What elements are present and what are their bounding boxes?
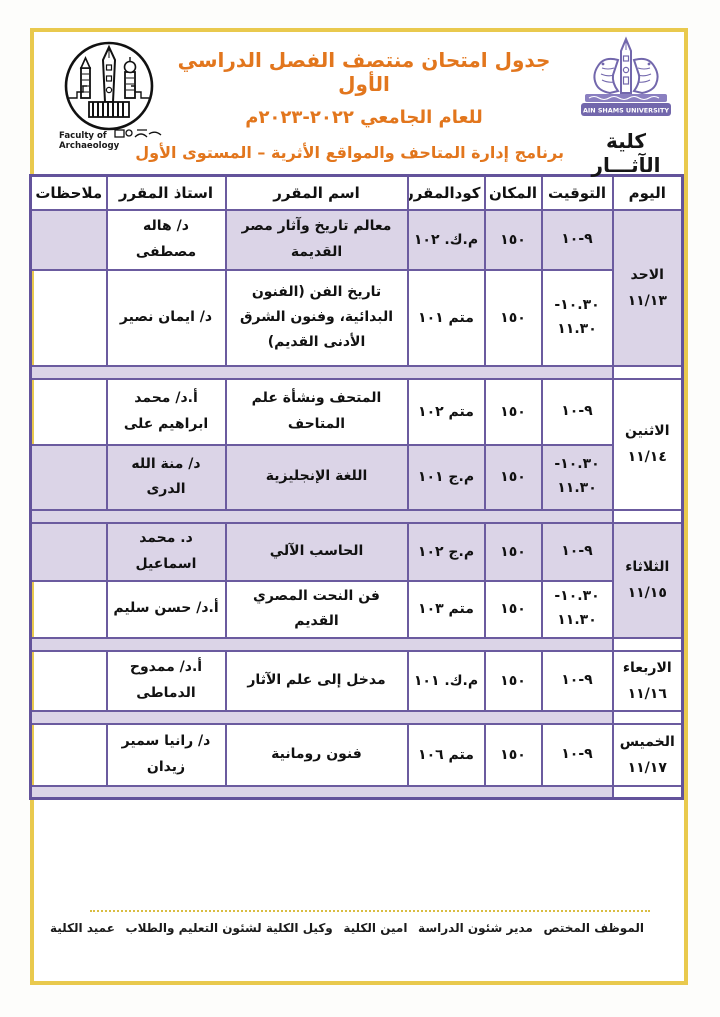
table-row: الاربعاء١١/١٦٩-١٠١٥٠م.ك. ١٠١مدخل إلى علم…	[31, 651, 683, 711]
notes-cell	[31, 379, 107, 445]
notes-cell	[31, 651, 107, 711]
program-level: برنامج إدارة المتاحف والمواقع الأثرية – …	[164, 143, 564, 162]
place-cell: ١٥٠	[485, 270, 542, 366]
code-cell: م.ك. ١٠١	[408, 651, 485, 711]
place-cell: ١٥٠	[485, 523, 542, 581]
notes-cell	[31, 210, 107, 270]
code-cell: م.ج ١٠٢	[408, 523, 485, 581]
column-header-time: التوقيت	[542, 176, 613, 210]
exam-schedule-table: اليومالتوقيتالمكانكودالمقرراسم المقرراست…	[29, 174, 684, 800]
code-cell: متم ١٠١	[408, 270, 485, 366]
signature-label: الموظف المختص	[543, 921, 644, 935]
place-cell: ١٥٠	[485, 445, 542, 510]
document-frame: AIN SHAMS UNIVERSITY كلية الآثـــار	[30, 28, 688, 985]
university-banner-text: AIN SHAMS UNIVERSITY	[583, 107, 669, 115]
notes-cell	[31, 523, 107, 581]
signature-label: وكيل الكلية لشئون التعليم والطلاب	[126, 921, 333, 935]
spacer-day-cell	[613, 638, 683, 651]
professor-cell: أ.د/ محمد ابراهيم على	[107, 379, 226, 445]
notes-cell	[31, 724, 107, 786]
time-cell: ٩-١٠	[542, 523, 613, 581]
spacer-day-cell	[613, 711, 683, 724]
spacer-main-cell	[31, 711, 613, 724]
notes-cell	[31, 581, 107, 638]
professor-cell: د/ منة الله الدرى	[107, 445, 226, 510]
spacer-day-cell	[613, 366, 683, 379]
spacer-main-cell	[31, 366, 613, 379]
spacer-row	[31, 510, 683, 523]
time-cell: ٩-١٠	[542, 724, 613, 786]
course-cell: المتحف ونشأة علم المتاحف	[226, 379, 408, 445]
place-cell: ١٥٠	[485, 651, 542, 711]
column-header-day: اليوم	[613, 176, 683, 210]
column-header-code: كودالمقرر	[408, 176, 485, 210]
course-cell: اللغة الإنجليزية	[226, 445, 408, 510]
university-logo-block: AIN SHAMS UNIVERSITY كلية الآثـــار	[570, 36, 682, 177]
signature-label: امين الكلية	[343, 921, 407, 935]
table-row: الخميس١١/١٧٩-١٠١٥٠متم ١٠٦فنون رومانيةد/ …	[31, 724, 683, 786]
column-header-course: اسم المقرر	[226, 176, 408, 210]
code-cell: متم ١٠٦	[408, 724, 485, 786]
spacer-day-cell	[613, 786, 683, 799]
time-cell: ٩-١٠	[542, 210, 613, 270]
day-cell: الاربعاء١١/١٦	[613, 651, 683, 711]
column-header-professor: استاذ المقرر	[107, 176, 226, 210]
place-cell: ١٥٠	[485, 581, 542, 638]
university-logo-icon: AIN SHAMS UNIVERSITY	[574, 36, 678, 124]
course-cell: الحاسب الآلي	[226, 523, 408, 581]
professor-cell: د. محمد اسماعيل	[107, 523, 226, 581]
code-cell: متم ١٠٣	[408, 581, 485, 638]
faculty-name-arabic: كلية الآثـــار	[570, 129, 682, 177]
spacer-main-cell	[31, 638, 613, 651]
course-cell: فن النحت المصري القديم	[226, 581, 408, 638]
spacer-row	[31, 366, 683, 379]
professor-cell: د/ رانيا سمير زيدان	[107, 724, 226, 786]
spacer-row	[31, 638, 683, 651]
place-cell: ١٥٠	[485, 210, 542, 270]
code-cell: متم ١٠٢	[408, 379, 485, 445]
time-cell: ١٠.٣٠- ١١.٣٠	[542, 445, 613, 510]
code-cell: م.ج ١٠١	[408, 445, 485, 510]
column-header-notes: ملاحظات	[31, 176, 107, 210]
title-block: جدول امتحان منتصف الفصل الدراسي الأول لل…	[164, 48, 564, 162]
faculty-logo-icon: Faculty of Archaeology	[51, 38, 167, 154]
professor-cell: أ.د/ حسن سليم	[107, 581, 226, 638]
faculty-caption-line1: Faculty of	[59, 131, 107, 141]
document-footer: الموظف المختصمدير شئون الدراسةامين الكلي…	[34, 910, 684, 935]
signature-label: مدير شئون الدراسة	[418, 921, 533, 935]
time-cell: ٩-١٠	[542, 651, 613, 711]
spacer-main-cell	[31, 510, 613, 523]
professor-cell: أ.د/ ممدوح الدماطى	[107, 651, 226, 711]
table-row: ١٠.٣٠- ١١.٣٠١٥٠م.ج ١٠١اللغة الإنجليزيةد/…	[31, 445, 683, 510]
table-header-row: اليومالتوقيتالمكانكودالمقرراسم المقرراست…	[31, 176, 683, 210]
page: { "header": { "title_line1": "جدول امتحا…	[0, 0, 720, 1017]
signature-label: عميد الكلية	[50, 921, 115, 935]
schedule-body: الاحد١١/١٣٩-١٠١٥٠م.ك. ١٠٢معالم تاريخ وآث…	[31, 210, 683, 799]
table-row: ١٠.٣٠- ١١.٣٠١٥٠متم ١٠٣فن النحت المصري ال…	[31, 581, 683, 638]
faculty-caption-line2: Archaeology	[59, 141, 120, 151]
course-cell: فنون رومانية	[226, 724, 408, 786]
time-cell: ٩-١٠	[542, 379, 613, 445]
course-cell: مدخل إلى علم الآثار	[226, 651, 408, 711]
day-cell: الثلاثاء١١/١٥	[613, 523, 683, 638]
page-title: جدول امتحان منتصف الفصل الدراسي الأول	[164, 48, 564, 96]
course-cell: معالم تاريخ وآثار مصر القديمة	[226, 210, 408, 270]
place-cell: ١٥٠	[485, 724, 542, 786]
place-cell: ١٥٠	[485, 379, 542, 445]
table-row: الثلاثاء١١/١٥٩-١٠١٥٠م.ج ١٠٢الحاسب الآليد…	[31, 523, 683, 581]
spacer-row	[31, 786, 683, 799]
table-row: الاثنين١١/١٤٩-١٠١٥٠متم ١٠٢المتحف ونشأة ع…	[31, 379, 683, 445]
faculty-logo-block: Faculty of Archaeology	[50, 38, 168, 158]
day-cell: الخميس١١/١٧	[613, 724, 683, 786]
signature-divider-line	[90, 910, 650, 912]
time-cell: ١٠.٣٠- ١١.٣٠	[542, 270, 613, 366]
table-row: ١٠.٣٠- ١١.٣٠١٥٠متم ١٠١تاريخ الفن (الفنون…	[31, 270, 683, 366]
academic-year: للعام الجامعي ٢٠٢٢-٢٠٢٣م	[164, 107, 564, 128]
time-cell: ١٠.٣٠- ١١.٣٠	[542, 581, 613, 638]
professor-cell: د/ ايمان نصير	[107, 270, 226, 366]
table-row: الاحد١١/١٣٩-١٠١٥٠م.ك. ١٠٢معالم تاريخ وآث…	[31, 210, 683, 270]
day-cell: الاحد١١/١٣	[613, 210, 683, 366]
column-header-place: المكان	[485, 176, 542, 210]
spacer-main-cell	[31, 786, 613, 799]
spacer-day-cell	[613, 510, 683, 523]
notes-cell	[31, 445, 107, 510]
signatures-row: الموظف المختصمدير شئون الدراسةامين الكلي…	[34, 921, 684, 935]
day-cell: الاثنين١١/١٤	[613, 379, 683, 510]
code-cell: م.ك. ١٠٢	[408, 210, 485, 270]
spacer-row	[31, 711, 683, 724]
professor-cell: د/ هاله مصطفى	[107, 210, 226, 270]
notes-cell	[31, 270, 107, 366]
document-header: AIN SHAMS UNIVERSITY كلية الآثـــار	[34, 32, 684, 174]
course-cell: تاريخ الفن (الفنون البدائية، وفنون الشرق…	[226, 270, 408, 366]
